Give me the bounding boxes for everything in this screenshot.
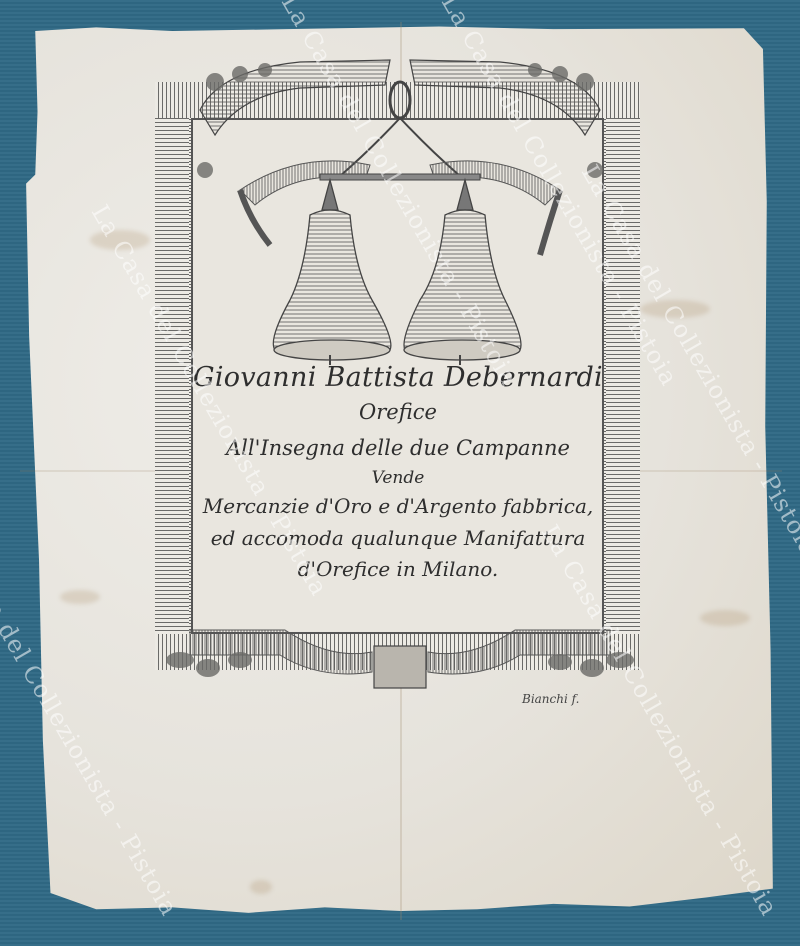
profession: Orefice	[191, 400, 605, 424]
artist-signature: Bianchi f.	[522, 692, 579, 706]
ring-icon	[390, 82, 410, 118]
hanging-bar-icon	[320, 174, 480, 180]
description-line-3: d'Orefice in Milano.	[191, 557, 605, 581]
bell-icon	[404, 180, 521, 365]
description-line-1: Mercanzie d'Oro e d'Argento fabbrica,	[191, 494, 605, 518]
description-line-2: ed accomoda qualunque Manifattura	[191, 526, 605, 550]
cartouche-icon	[374, 646, 426, 688]
merchant-name: Giovanni Battista Debernardi	[191, 362, 605, 393]
verb: Vende	[191, 468, 605, 488]
bell-icon	[273, 180, 391, 365]
shop-sign: All'Insegna delle due Campanne	[191, 436, 605, 460]
